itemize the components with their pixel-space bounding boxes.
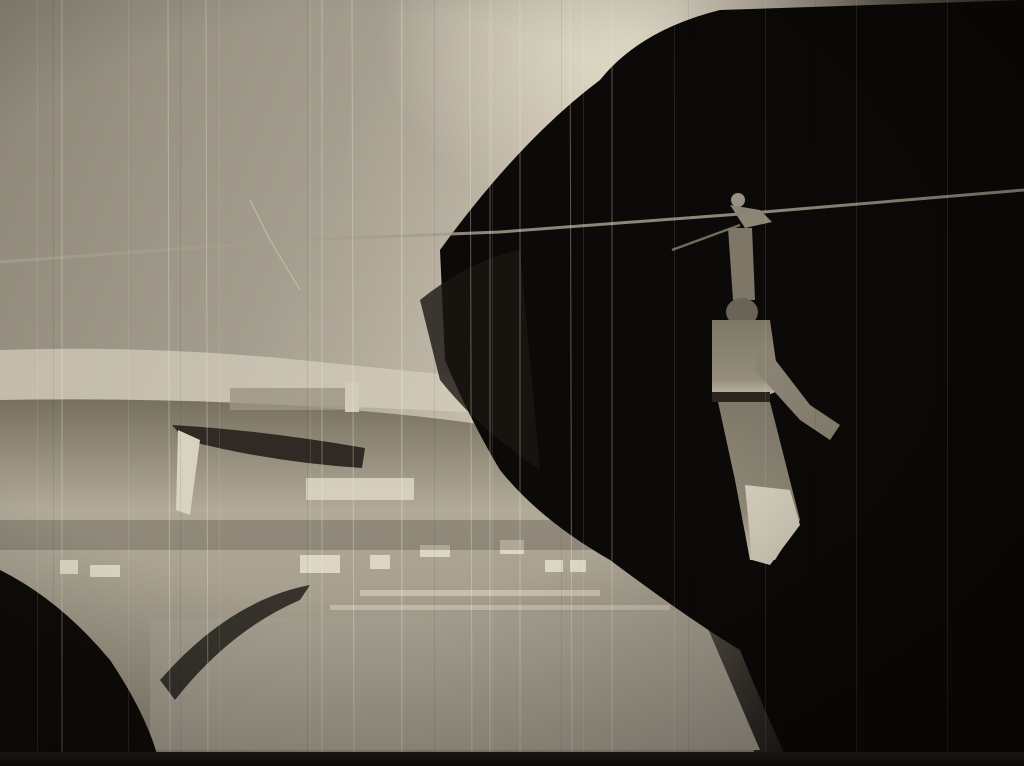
film-still xyxy=(0,0,1024,766)
frame-edge xyxy=(0,752,1024,766)
scene xyxy=(0,0,1024,766)
